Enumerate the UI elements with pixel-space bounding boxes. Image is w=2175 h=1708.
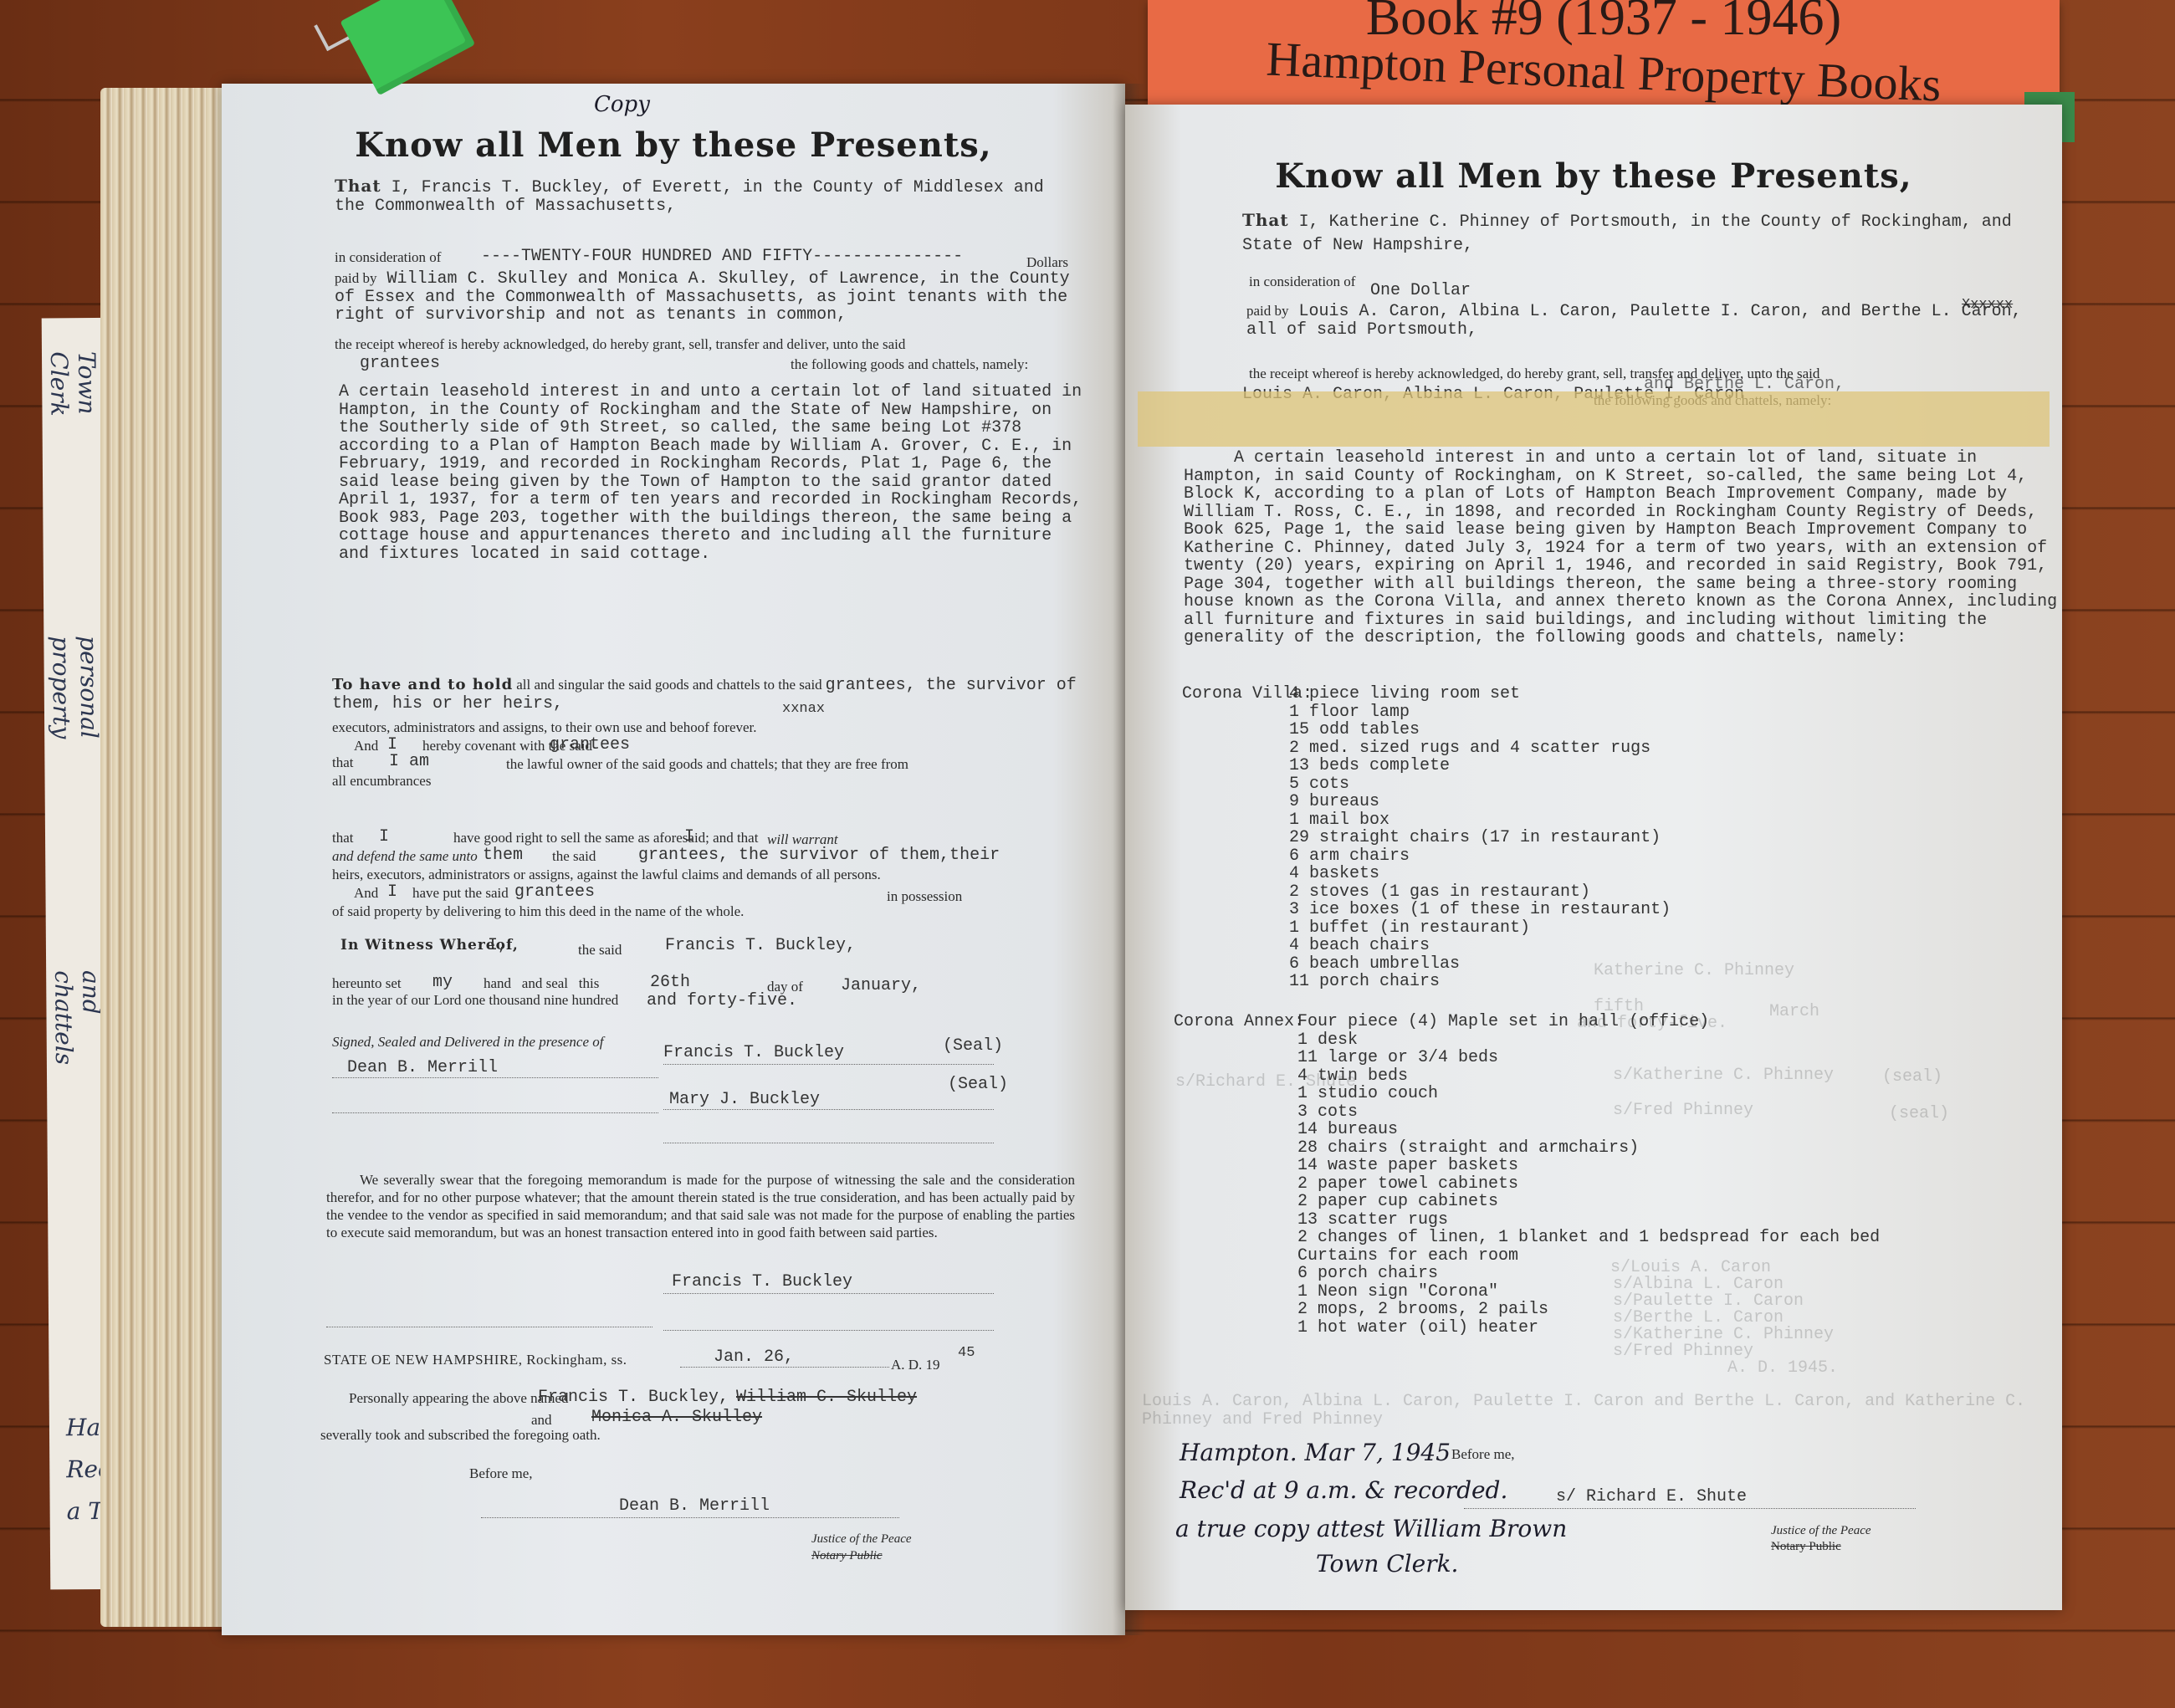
handwritten-attest: a true copy attest William Brown [1175,1515,1567,1542]
inventory-item: 11 porch chairs [1289,973,1671,991]
page-edges [100,88,234,1627]
inventory-item: 4 beach chairs [1289,937,1671,955]
put-text: have put the said [412,885,509,902]
inventory-item: Four piece (4) Maple set in hall (office… [1297,1013,1880,1031]
property-description: A certain leasehold interest in and unto… [1184,449,2062,647]
covenant-grantees: grantees [550,736,630,754]
put-and: And [354,885,378,902]
consideration-value: One Dollar [1370,282,1471,300]
appearing-strike-2: Monica A. Skulley [591,1409,762,1427]
appearing-text: Personally appearing the above named [349,1390,568,1407]
inventory-item: Curtains for each room [1297,1247,1880,1266]
signature-line-3 [663,1143,994,1143]
ad-text: A. D. 19 [891,1357,940,1373]
corona-annex-label: Corona Annex: [1174,1013,1304,1031]
put-i: I [387,883,397,902]
loose-sheet-handwriting: Town Clerk [45,351,101,417]
signature-line-1 [663,1064,994,1065]
witness-name: Francis T. Buckley, [665,937,856,955]
inventory-item: 28 chairs (straight and armchairs) [1297,1139,1880,1158]
hand-seal-text: hand and seal this [484,975,599,992]
inventory-item: 2 stoves (1 gas in restaurant) [1289,883,1671,902]
loose-sheet-handwriting: Ha [66,1414,100,1441]
witness-i: I, [488,937,508,955]
year-text: in the year of our Lord one thousand nin… [332,992,618,1009]
put-grantees: grantees [514,883,595,902]
signature-1: Francis T. Buckley [663,1044,844,1062]
grantor-text: I, Katherine C. Phinney of Portsmouth, i… [1242,212,2012,255]
inventory-item: 1 mail box [1289,811,1671,830]
inventory-item: 5 cots [1289,775,1671,794]
receipt-text: the receipt whereof is hereby acknowledg… [335,336,1087,353]
inventory-item: 15 odd tables [1289,721,1671,739]
right-page: Katherine C. Phinney fifth March and for… [1125,105,2062,1610]
loose-sheet-handwriting: personal property [47,636,103,739]
justice-signature: s/ Richard E. Shute [1556,1488,1747,1506]
ghost-ad: A. D. 1945. [1727,1359,1838,1378]
consideration-label: in consideration of [335,249,441,266]
inventory-item: 14 bureaus [1297,1121,1880,1139]
inventory-item: 2 mops, 2 brooms, 2 pails [1297,1301,1880,1319]
corona-annex-inventory: Four piece (4) Maple set in hall (office… [1297,1013,1880,1337]
inventory-item: 11 large or 3/4 beds [1297,1049,1880,1067]
covenant-and: And [354,738,378,754]
paid-by-value: William C. Skulley and Monica A. Skulley… [335,269,1070,325]
justice-title: Justice of the Peace [1771,1524,1871,1538]
grantees-value: grantees [360,355,440,373]
loose-sheet-handwriting: and chattels [49,970,105,1065]
following-text: the following goods and chattels, namely… [791,356,1028,373]
ghost-appearing: Louis A. Caron, Albina L. Caron, Paulett… [1142,1393,2029,1429]
paid-by-label: paid by [335,270,377,286]
ad-year: 45 [958,1345,975,1361]
my-value: my [432,974,453,992]
owner-text: the lawful owner of the said goods and c… [506,756,908,773]
witness-signature: Dean B. Merrill [332,1059,658,1078]
justice-title: Justice of the Peace [811,1532,912,1547]
inventory-item: 29 straight chairs (17 in restaurant) [1289,829,1671,847]
inventory-item: 13 scatter rugs [1297,1211,1880,1230]
justice-signature-line [1464,1508,1916,1509]
month-value: January, [841,977,921,995]
encumbrances-text: all encumbrances [332,773,431,790]
appearing-and: and [531,1412,552,1429]
paid-by-label: paid by [1246,303,1289,319]
inventory-item: 2 changes of linen, 1 blanket and 1 beds… [1297,1229,1880,1247]
i-am-value: I am [389,753,429,771]
inventory-item: 2 paper cup cabinets [1297,1193,1880,1211]
seal-1: (Seal) [943,1037,1003,1056]
oath-signature: Francis T. Buckley [672,1273,852,1291]
appearing-name: Francis T. Buckley, [538,1388,729,1407]
inventory-item: 13 beds complete [1289,757,1671,775]
ghost-seal-1: (seal) [1882,1068,1942,1087]
day-value: 26th [650,974,690,992]
inventory-item: 3 cots [1297,1103,1880,1122]
inventory-item: 2 med. sized rugs and 4 scatter rugs [1289,739,1671,758]
inventory-item: 6 arm chairs [1289,847,1671,866]
signature-2: Mary J. Buckley [669,1091,820,1109]
grantor-text: I, Francis T. Buckley, of Everett, in th… [335,178,1044,216]
habendum-label: To have and to hold [332,676,513,693]
defend-them: them [483,846,523,865]
left-page-title: Know all Men by these Presents, [222,125,1125,165]
yellowed-tape [1138,391,2050,447]
inventory-item: 14 waste paper baskets [1297,1157,1880,1175]
consideration-label: in consideration of [1249,274,1355,290]
justice-signature: Dean B. Merrill [619,1497,770,1516]
appearing-strike-1: William C. Skulley [736,1388,917,1407]
before-me: Before me, [1451,1446,1515,1463]
inventory-item: 3 ice boxes (1 of these in restaurant) [1289,901,1671,919]
inventory-item: 4 baskets [1289,865,1671,883]
state-date: Jan. 26, [680,1348,889,1368]
signature-line-2 [663,1109,994,1110]
handwritten-recording-date: Hampton. Mar 7, 1945 [1180,1439,1451,1466]
state-text: STATE OE NEW HAMPSHIRE, Rockingham, ss. [324,1352,627,1368]
ghost-seal-2: (seal) [1889,1105,1949,1123]
year-value: and forty-five. [647,992,797,1010]
before-me: Before me, [469,1465,533,1482]
inventory-item: 1 floor lamp [1289,703,1671,722]
that-label: That [1242,210,1289,230]
inventory-item: 4 piece living room set [1289,685,1671,703]
habendum-strike: xxnax [782,701,825,717]
oath-text: We severally swear that the foregoing me… [326,1171,1075,1241]
inventory-item: 6 beach umbrellas [1289,955,1671,974]
hereunto-text: hereunto set [332,975,402,992]
possession-text: in possession [887,888,962,905]
inventory-item: 9 bureaus [1289,793,1671,811]
oath-signature-line [663,1293,994,1294]
inventory-item: 1 desk [1297,1031,1880,1050]
blank-signature-line [332,1112,658,1113]
habendum-text: all and singular the said goods and chat… [516,677,821,693]
delivering-text: of said property by delivering to him th… [332,903,744,920]
notary-strike: Notary Public [1771,1540,1841,1554]
that-label-2: that [332,754,354,771]
property-description: A certain leasehold interest in and unto… [339,383,1092,563]
right-i-2: I [684,828,694,846]
executors-text: executors, administrators and assigns, t… [332,719,757,736]
handwritten-town-clerk: Town Clerk. [1316,1550,1458,1578]
left-page: Copy Know all Men by these Presents, Tha… [222,84,1125,1635]
notary-strike: Notary Public [811,1549,883,1563]
defend-said: the said [552,848,596,865]
dollars-label: Dollars [1026,254,1068,271]
subscribed-text: severally took and subscribed the forego… [320,1427,601,1444]
corona-villa-inventory: 4 piece living room set1 floor lamp15 od… [1289,685,1671,991]
inventory-item: 1 hot water (oil) heater [1297,1319,1880,1337]
inventory-item: 2 paper towel cabinets [1297,1175,1880,1194]
right-i: I [379,828,389,846]
inventory-item: 1 Neon sign "Corona" [1297,1283,1880,1301]
signed-label: Signed, Sealed and Delivered in the pres… [332,1034,603,1051]
oath-blank-line-2 [663,1330,994,1331]
copy-annotation: Copy [594,92,650,117]
witness-said: the said [578,942,622,959]
consideration-value: ----TWENTY-FOUR HUNDRED AND FIFTY-------… [481,248,963,266]
oath-blank-line-1 [326,1327,652,1327]
paid-by-value: Louis A. Caron, Albina L. Caron, Paulett… [1246,302,2022,340]
binder-clip-body [340,0,475,95]
seal-2: (Seal) [948,1076,1008,1094]
that-label: That [335,176,381,196]
handwritten-received: Rec'd at 9 a.m. & recorded. [1180,1476,1507,1504]
receipt-text: the receipt whereof is hereby acknowledg… [1249,366,2035,382]
right-that: that [332,830,354,846]
defend-text: and defend the same unto [332,848,478,864]
right-page-title: Know all Men by these Presents, [1125,156,2062,196]
defend-value: grantees, the survivor of them,their [638,846,1000,865]
inventory-item: 1 studio couch [1297,1085,1880,1103]
inventory-item: 6 porch chairs [1297,1265,1880,1283]
inventory-item: 4 twin beds [1297,1067,1880,1086]
inventory-item: 1 buffet (in restaurant) [1289,919,1671,938]
justice-signature-line [481,1517,899,1518]
right-text: have good right to sell the same as afor… [453,830,758,846]
heirs-text: heirs, executors, administrators or assi… [332,867,881,883]
